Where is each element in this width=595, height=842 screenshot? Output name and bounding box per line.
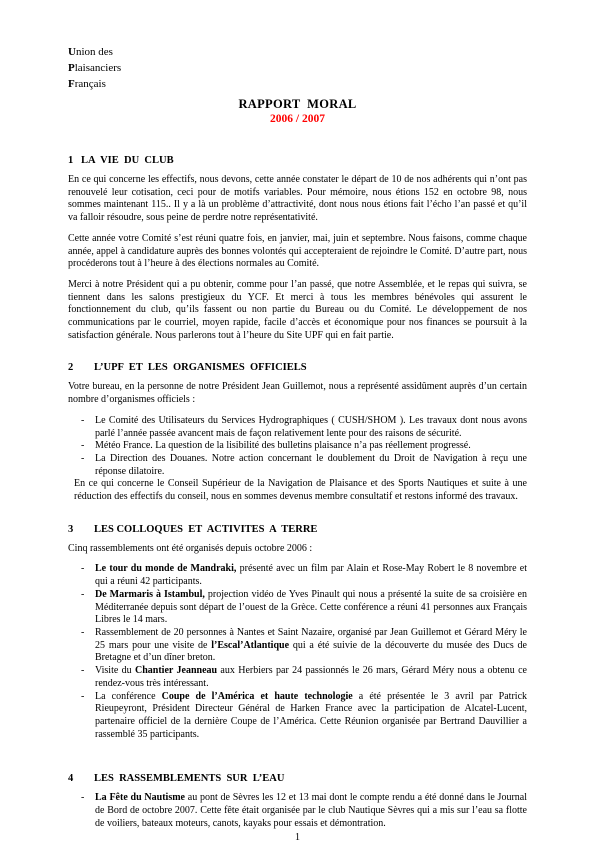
document-page: Union des Plaisanciers Français RAPPORT …	[0, 0, 595, 842]
paragraph-bureau-intro: Votre bureau, en la personne de notre Pr…	[68, 381, 527, 406]
section-number: 1	[68, 155, 81, 166]
text-run: La conférence	[95, 691, 162, 702]
list-dash-marker: -	[81, 589, 84, 602]
bold-text-run: De Marmaris à Istambul,	[95, 589, 205, 600]
list-dash-marker: -	[81, 691, 84, 704]
list-item: -Rassemblement de 20 personnes à Nantes …	[68, 627, 527, 665]
list-item: -La Fête du Nautisme au pont de Sèvres l…	[68, 792, 527, 830]
section-number: 3	[68, 524, 94, 535]
paragraph-conseil-superieur: En ce qui concerne le Conseil Supérieur …	[68, 478, 527, 503]
paragraph-comite: Cette année votre Comité s’est réuni qua…	[68, 233, 527, 271]
text-run: Le Comité des Utilisateurs du Services H…	[95, 415, 527, 439]
page-number: 1	[68, 832, 527, 842]
section-colloques-terre: 3LES COLLOQUES ET ACTIVITES A TERRE Cinq…	[68, 524, 527, 742]
text-run: Visite du	[95, 665, 135, 676]
section-4-heading: 4LES RASSEMBLEMENTS SUR L’EAU	[68, 773, 527, 784]
letterhead-line-francais: Français	[68, 76, 527, 92]
section-upf-organismes: 2L’UPF ET LES ORGANISMES OFFICIELS Votre…	[68, 362, 527, 503]
list-item: -De Marmaris à Istambul, projection vidé…	[68, 589, 527, 627]
list-dash-marker: -	[81, 665, 84, 678]
section-title: L’UPF ET LES ORGANISMES OFFICIELS	[94, 362, 307, 373]
paragraph-effectifs: En ce qui concerne les effectifs, nous d…	[68, 174, 527, 225]
list-item: -Visite du Chantier Jeanneau aux Herbier…	[68, 665, 527, 690]
report-subtitle: 2006 / 2007	[68, 113, 527, 125]
list-item: -Météo France. La question de la lisibil…	[68, 440, 527, 453]
section-rassemblements-eau: 4LES RASSEMBLEMENTS SUR L’EAU -La Fête d…	[68, 773, 527, 830]
bold-text-run: Le tour du monde de Mandraki,	[95, 563, 236, 574]
paragraph-merci-president: Merci à notre Président qui a pu obtenir…	[68, 279, 527, 343]
text-run: Météo France. La question de la lisibili…	[95, 440, 471, 451]
section-number: 2	[68, 362, 94, 373]
letterhead-line-union: Union des	[68, 44, 527, 60]
bold-text-run: l’Escal’Atlantique	[211, 640, 289, 651]
bold-text-run: Coupe de l’América et haute technologie	[162, 691, 353, 702]
colloques-list: -Le tour du monde de Mandraki, présenté …	[68, 563, 527, 741]
list-item: -Le tour du monde de Mandraki, présenté …	[68, 563, 527, 588]
list-dash-marker: -	[81, 415, 84, 428]
section-1-heading: 1LA VIE DU CLUB	[68, 155, 527, 166]
list-dash-marker: -	[81, 563, 84, 576]
section-number: 4	[68, 773, 94, 784]
section-3-heading: 3LES COLLOQUES ET ACTIVITES A TERRE	[68, 524, 527, 535]
bold-text-run: Chantier Jeanneau	[135, 665, 217, 676]
rassemblements-list: -La Fête du Nautisme au pont de Sèvres l…	[68, 792, 527, 830]
list-item: -La conférence Coupe de l’América et hau…	[68, 691, 527, 742]
section-title: LES COLLOQUES ET ACTIVITES A TERRE	[94, 524, 317, 535]
list-dash-marker: -	[81, 440, 84, 453]
bold-text-run: La Fête du Nautisme	[95, 792, 185, 803]
organismes-list: -Le Comité des Utilisateurs du Services …	[68, 415, 527, 479]
report-title: RAPPORT MORAL	[68, 97, 527, 112]
list-dash-marker: -	[81, 792, 84, 805]
letterhead: Union des Plaisanciers Français	[68, 44, 527, 92]
list-item: -Le Comité des Utilisateurs du Services …	[68, 415, 527, 440]
list-dash-marker: -	[81, 453, 84, 466]
section-title: LA VIE DU CLUB	[81, 155, 174, 166]
list-item: -La Direction des Douanes. Notre action …	[68, 453, 527, 478]
section-title: LES RASSEMBLEMENTS SUR L’EAU	[94, 773, 284, 784]
letterhead-line-plaisanciers: Plaisanciers	[68, 60, 527, 76]
text-run: La Direction des Douanes. Notre action c…	[95, 453, 527, 477]
section-la-vie-du-club: 1LA VIE DU CLUB En ce qui concerne les e…	[68, 155, 527, 342]
paragraph-cinq-rassemblements: Cinq rassemblements ont été organisés de…	[68, 543, 527, 556]
section-2-heading: 2L’UPF ET LES ORGANISMES OFFICIELS	[68, 362, 527, 373]
list-dash-marker: -	[81, 627, 84, 640]
